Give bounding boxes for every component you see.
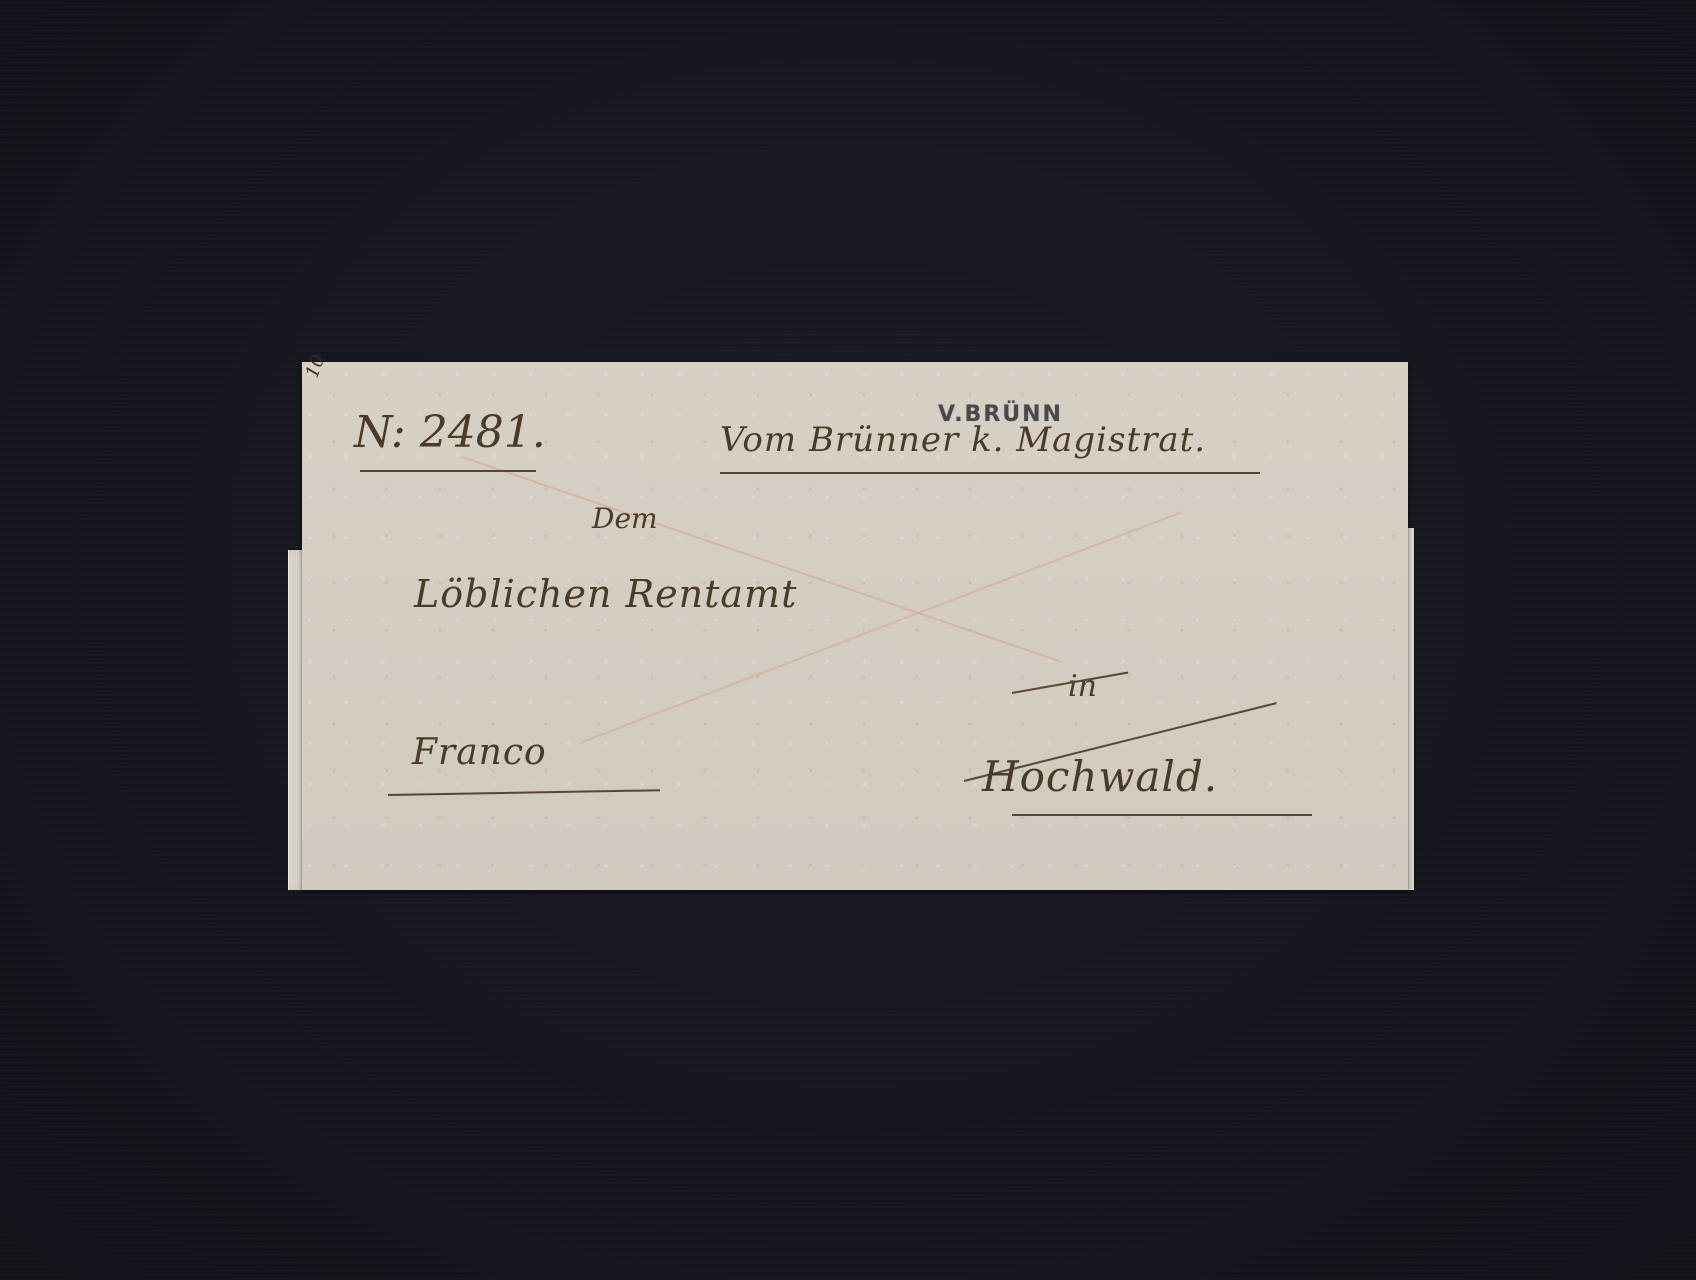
destination-town: Hochwald.: [982, 752, 1218, 801]
destination-underline: [1012, 814, 1312, 816]
folded-letter: 10 N: 2481. V.BRÜNN Vom Brünner k. Magis…: [302, 362, 1408, 890]
reference-number: N: 2481.: [354, 407, 546, 458]
reference-underline: [360, 470, 536, 472]
sender-underline: [720, 472, 1260, 474]
addressee: Löblichen Rentamt: [414, 572, 797, 616]
preposition: in: [1068, 669, 1097, 704]
franco-underline: [388, 789, 660, 796]
franking-note: Franco: [412, 732, 547, 773]
salutation: Dem: [592, 502, 658, 535]
sender-line: Vom Brünner k. Magistrat.: [720, 420, 1206, 460]
